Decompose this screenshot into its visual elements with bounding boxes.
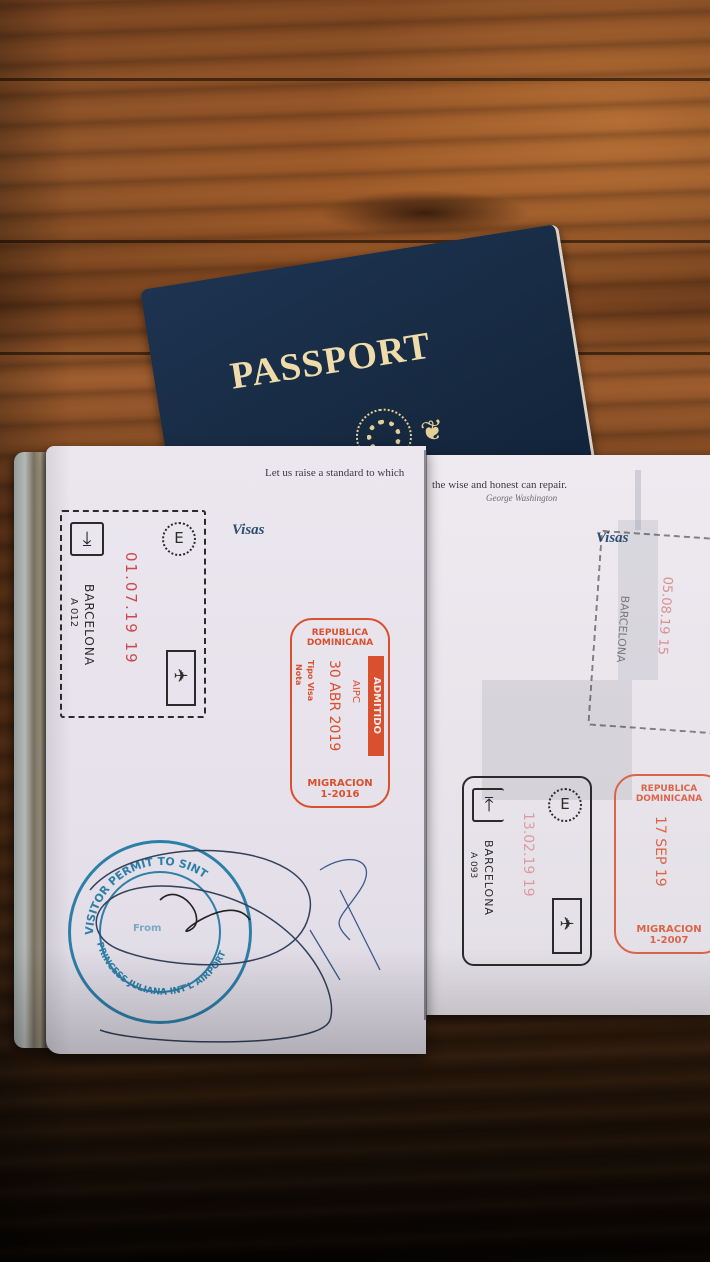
board-seam [0, 78, 710, 81]
stamp-footer-1: MIGRACION [616, 924, 710, 935]
stamp-barcelona-faded: BARCELONA 05.08.19 15 [587, 530, 710, 734]
board-seam [0, 240, 710, 243]
left-visas-heading: Visas [232, 522, 265, 539]
eagle-icon: ❦ [418, 412, 446, 449]
stamp-city: BARCELONA [482, 840, 495, 916]
stamp-date: 01.07.19 19 [122, 552, 140, 665]
left-quote: Let us raise a standard to which [265, 467, 404, 479]
stamp-city: BARCELONA [614, 595, 632, 663]
stamp-footer-2: 1-2007 [616, 935, 710, 946]
quote-attribution: George Washington [486, 493, 557, 503]
watermark-spire [635, 470, 641, 530]
airplane-icon: ✈ [552, 898, 582, 954]
eu-stars-icon: E [548, 788, 582, 822]
stamp-dominicana-exit: REPUBLICA DOMINICANA 17 SEP 19 MIGRACION… [614, 774, 710, 954]
stamp-code: A 093 [468, 852, 478, 878]
wood-knot [320, 190, 530, 236]
stamp-date: 17 SEP 19 [652, 816, 668, 887]
stamp-code: AIPC [350, 680, 361, 703]
signature-scribble [80, 830, 410, 1050]
passport-title: PASSPORT [227, 323, 434, 398]
eu-stars-icon: E [162, 522, 196, 556]
stamp-footer: MIGRACION 1-2016 [292, 778, 388, 800]
stamp-footer-1: MIGRACION [292, 778, 388, 789]
stamp-date: 05.08.19 15 [654, 576, 674, 655]
field-tipo-visa: Tipo Visa [306, 660, 315, 701]
stamp-date: 13.02.19 19 [520, 812, 536, 897]
stamp-header: REPUBLICA DOMINICANA [616, 784, 710, 804]
stamp-code: A 012 [68, 598, 79, 627]
stamp-header: REPUBLICA DOMINICANA [292, 628, 388, 648]
stamp-footer-2: 1-2016 [292, 789, 388, 800]
arrow-up-icon: ⤒ [472, 788, 504, 822]
arrow-down-icon: ⤓ [70, 522, 104, 556]
stamp-admitted-label: ADMITIDO [368, 656, 384, 756]
page-spine [424, 450, 427, 1020]
stamp-barcelona-entry: ⤓ E ✈ BARCELONA A 012 01.07.19 19 [60, 510, 206, 718]
stamp-barcelona-exit: ⤒ E ✈ BARCELONA A 093 13.02.19 19 [462, 776, 592, 966]
field-nota: Nota [294, 664, 303, 685]
stamp-city: BARCELONA [82, 584, 96, 666]
stamp-date: 30 ABR 2019 [326, 660, 342, 751]
airplane-icon: ✈ [166, 650, 196, 706]
stamp-footer: MIGRACION 1-2007 [616, 924, 710, 946]
right-quote: the wise and honest can repair. [432, 479, 567, 491]
stamp-dominicana-entry: REPUBLICA DOMINICANA 30 ABR 2019 AIPC Ti… [290, 618, 390, 808]
